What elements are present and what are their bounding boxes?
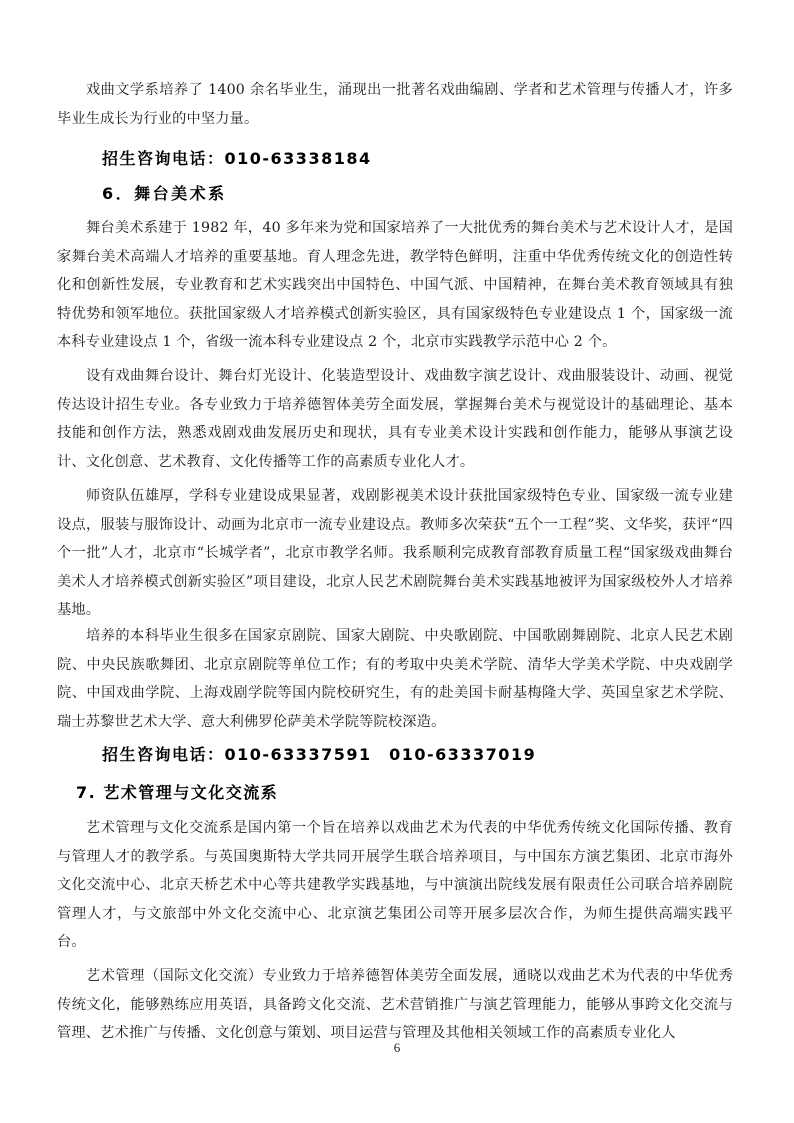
paragraph-stage-faculty: 师资队伍雄厚，学科专业建设成果显著，戏剧影视美术设计获批国家级特色专业、国家级一… (57, 482, 733, 625)
admissions-phone-stage: 招生咨询电话：010-63337591 010-63337019 (102, 742, 536, 765)
paragraph-stage-graduates: 培养的本科毕业生很多在国家京剧院、国家大剧院、中央歌剧院、中国歌剧舞剧院、北京人… (57, 622, 733, 736)
section-heading-arts-management: 7. 艺术管理与文化交流系 (76, 780, 278, 803)
paragraph-xiqu-graduates: 戏曲文学系培养了 1400 余名毕业生，涌现出一批著名戏曲编剧、学者和艺术管理与… (57, 76, 733, 133)
paragraph-mgmt-intro: 艺术管理与文化交流系是国内第一个旨在培养以戏曲艺术为代表的中华优秀传统文化国际传… (57, 814, 733, 957)
page-number: 6 (0, 1040, 794, 1056)
admissions-phone-xiqu: 招生咨询电话：010-63338184 (102, 146, 372, 169)
section-heading-stage-art: 6．舞台美术系 (102, 181, 227, 204)
paragraph-mgmt-major: 艺术管理（国际文化交流）专业致力于培养德智体美劳全面发展，通晓以戏曲艺术为代表的… (57, 962, 733, 1048)
paragraph-stage-majors: 设有戏曲舞台设计、舞台灯光设计、化装造型设计、戏曲数字演艺设计、戏曲服装设计、动… (57, 362, 733, 476)
paragraph-stage-intro: 舞台美术系建于 1982 年，40 多年来为党和国家培养了一大批优秀的舞台美术与… (57, 214, 733, 357)
document-page: 戏曲文学系培养了 1400 余名毕业生，涌现出一批著名戏曲编剧、学者和艺术管理与… (0, 0, 794, 1123)
